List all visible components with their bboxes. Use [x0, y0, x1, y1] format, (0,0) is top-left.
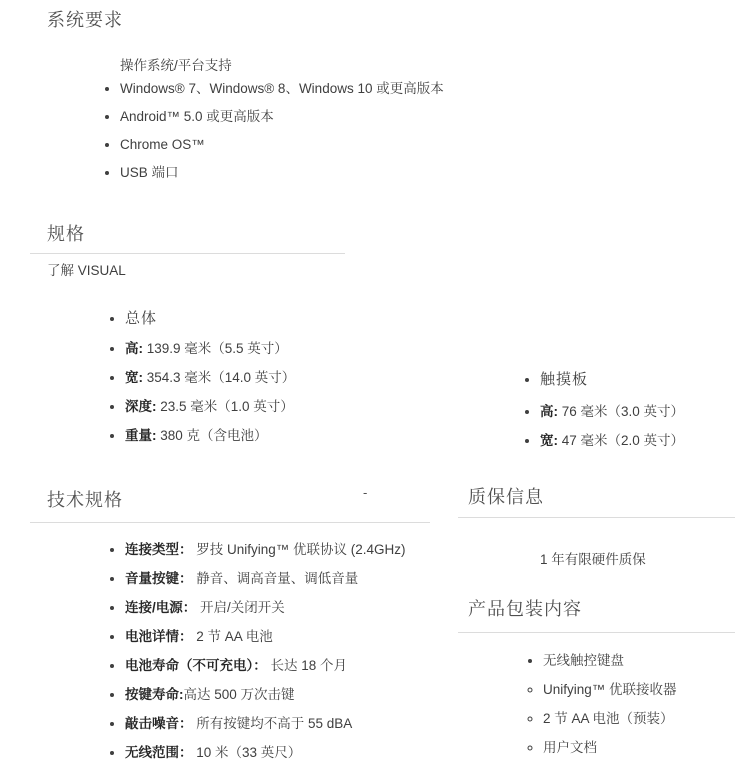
spec-label: 音量按键： — [125, 571, 193, 586]
touchpad-heading: 触摸板 — [540, 371, 738, 388]
os-platform-subtitle: 操作系统/平台支持 — [30, 58, 500, 73]
spec-label: 宽: — [540, 433, 558, 448]
spec-value: 23.5 毫米（1.0 英寸） — [157, 399, 294, 414]
spec-item: 连接/电源： 开启/关闭开关 — [125, 600, 500, 615]
spec-item: 敲击噪音： 所有按键均不高于 55 dBA — [125, 716, 500, 731]
technical-specs-title: 技术规格 — [30, 490, 430, 523]
warranty-section: 质保信息 1 年有限硬件质保 — [458, 487, 738, 567]
spec-value: 所有按键均不高于 55 dBA — [193, 716, 353, 731]
touchpad-section: 触摸板 高: 76 毫米（3.0 英寸） 宽: 47 毫米（2.0 英寸） — [458, 371, 738, 462]
technical-specs-list: 连接类型： 罗技 Unifying™ 优联协议 (2.4GHz) 音量按键： 静… — [30, 542, 500, 760]
spec-value: 2 节 AA 电池 — [193, 629, 273, 644]
spec-value: 静音、调高音量、调低音量 — [193, 571, 359, 586]
spec-value: 10 米（33 英尺） — [193, 745, 302, 760]
spec-value: 380 克（含电池） — [157, 428, 268, 443]
warranty-title: 质保信息 — [458, 487, 735, 518]
system-requirements-list: Windows® 7、Windows® 8、Windows 10 或更高版本 A… — [30, 81, 500, 180]
package-contents-list: 无线触控键盘 Unifying™ 优联接收器 2 节 AA 电池（预装） 用户文… — [458, 653, 738, 755]
list-item: Unifying™ 优联接收器 — [543, 682, 738, 697]
list-item: 2 节 AA 电池（预装） — [543, 711, 738, 726]
spec-label: 高: — [540, 404, 558, 419]
list-item: Windows® 7、Windows® 8、Windows 10 或更高版本 — [120, 81, 500, 96]
spec-label: 高: — [125, 341, 143, 356]
spec-label: 敲击噪音： — [125, 716, 193, 731]
warranty-text: 1 年有限硬件质保 — [458, 552, 738, 567]
spec-item: 重量: 380 克（含电池） — [125, 428, 500, 443]
stray-dash-mark: - — [363, 485, 367, 500]
spec-label: 连接/电源： — [125, 600, 196, 615]
spec-label: 电池详情： — [125, 629, 193, 644]
spec-label: 宽: — [125, 370, 143, 385]
spec-value: 罗技 Unifying™ 优联协议 (2.4GHz) — [193, 542, 406, 557]
overall-heading: 总体 — [125, 310, 500, 327]
spec-item: 按键寿命:高达 500 万次击键 — [125, 687, 500, 702]
list-item: 用户文档 — [543, 740, 738, 755]
spec-value: 长达 18 个月 — [267, 658, 347, 673]
package-contents-section: 产品包装内容 无线触控键盘 Unifying™ 优联接收器 2 节 AA 电池（… — [458, 599, 738, 769]
spec-value: 47 毫米（2.0 英寸） — [558, 433, 684, 448]
overall-spec-list: 总体 高: 139.9 毫米（5.5 英寸） 宽: 354.3 毫米（14.0 … — [30, 310, 500, 443]
spec-value: 高达 500 万次击键 — [184, 687, 295, 702]
spec-item: 宽: 47 毫米（2.0 英寸） — [540, 433, 738, 448]
spec-value: 139.9 毫米（5.5 英寸） — [143, 341, 288, 356]
spec-item: 宽: 354.3 毫米（14.0 英寸） — [125, 370, 500, 385]
system-requirements-title: 系统要求 — [30, 10, 500, 30]
specifications-section: 规格 了解 VISUAL 总体 高: 139.9 毫米（5.5 英寸） 宽: 3… — [30, 224, 500, 457]
spec-item: 深度: 23.5 毫米（1.0 英寸） — [125, 399, 500, 414]
learn-visual-text: 了解 VISUAL — [30, 263, 500, 278]
list-item: Android™ 5.0 或更高版本 — [120, 109, 500, 124]
list-item: 无线触控键盘 — [543, 653, 738, 668]
spec-item: 高: 76 毫米（3.0 英寸） — [540, 404, 738, 419]
spec-item: 电池详情： 2 节 AA 电池 — [125, 629, 500, 644]
spec-label: 按键寿命: — [125, 687, 184, 702]
technical-specs-section: 技术规格 连接类型： 罗技 Unifying™ 优联协议 (2.4GHz) 音量… — [30, 490, 500, 769]
spec-item: 音量按键： 静音、调高音量、调低音量 — [125, 571, 500, 586]
spec-label: 无线范围： — [125, 745, 193, 760]
spec-item: 高: 139.9 毫米（5.5 英寸） — [125, 341, 500, 356]
spec-item: 无线范围： 10 米（33 英尺） — [125, 745, 500, 760]
specifications-title: 规格 — [30, 224, 345, 254]
spec-value: 开启/关闭开关 — [196, 600, 285, 615]
spec-value: 76 毫米（3.0 英寸） — [558, 404, 684, 419]
spec-label: 深度: — [125, 399, 157, 414]
list-item: USB 端口 — [120, 165, 500, 180]
list-item: Chrome OS™ — [120, 137, 500, 152]
touchpad-spec-list: 触摸板 高: 76 毫米（3.0 英寸） 宽: 47 毫米（2.0 英寸） — [458, 371, 738, 448]
spec-label: 重量: — [125, 428, 157, 443]
spec-label: 电池寿命（不可充电）： — [125, 658, 267, 673]
spec-item: 电池寿命（不可充电）： 长达 18 个月 — [125, 658, 500, 673]
system-requirements-section: 系统要求 操作系统/平台支持 Windows® 7、Windows® 8、Win… — [30, 10, 500, 193]
spec-value: 354.3 毫米（14.0 英寸） — [143, 370, 295, 385]
spec-item: 连接类型： 罗技 Unifying™ 优联协议 (2.4GHz) — [125, 542, 500, 557]
spec-page: { "colors": { "background": "#ffffff", "… — [0, 0, 750, 769]
spec-label: 连接类型： — [125, 542, 193, 557]
package-contents-title: 产品包装内容 — [458, 599, 735, 633]
